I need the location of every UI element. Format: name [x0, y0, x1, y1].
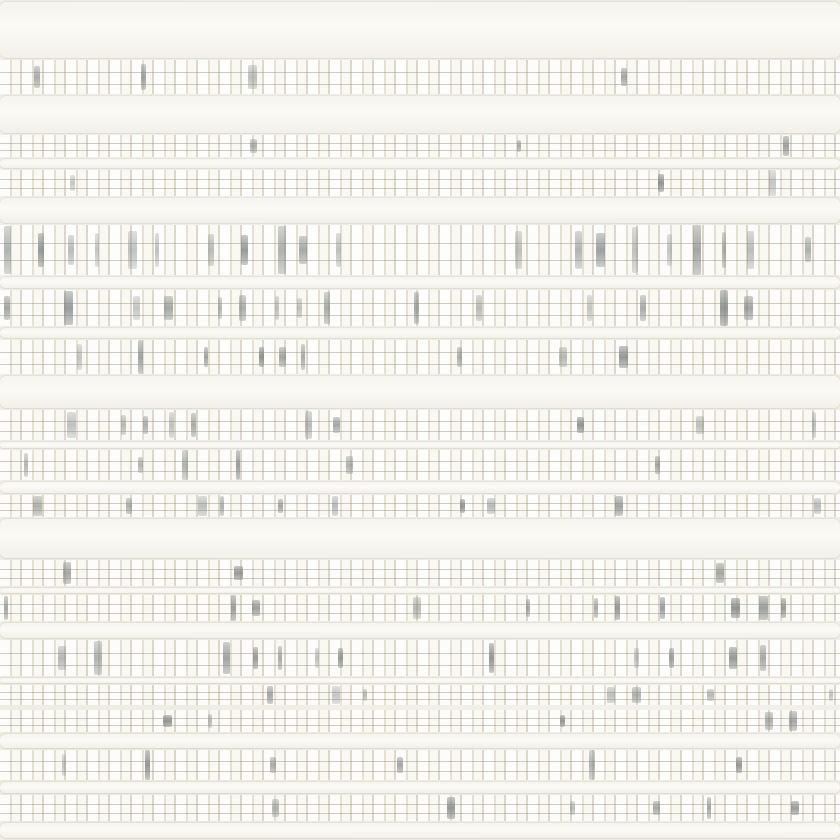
- grey-accent-stitch: [397, 757, 403, 774]
- grey-accent-stitch: [126, 498, 132, 514]
- grey-accent-stitch: [575, 231, 582, 269]
- grey-accent-stitch: [67, 412, 76, 439]
- grey-accent-stitch: [336, 233, 341, 267]
- grey-accent-stitch: [615, 596, 620, 620]
- grey-accent-stitch: [301, 344, 305, 369]
- grey-accent-stitch: [259, 347, 264, 367]
- grey-accent-stitch: [791, 801, 799, 816]
- grey-accent-stitch: [722, 232, 726, 269]
- grey-accent-stitch: [476, 295, 482, 322]
- grey-accent-stitch: [660, 597, 665, 619]
- grey-accent-stitch: [607, 687, 615, 704]
- grey-accent-stitch: [332, 686, 340, 704]
- grey-accent-stitch: [812, 412, 816, 438]
- grey-accent-stitch: [769, 170, 776, 195]
- grey-accent-stitch: [747, 231, 754, 269]
- knot-row: [0, 710, 840, 732]
- grey-accent-stitch: [765, 712, 773, 730]
- grey-accent-stitch: [248, 65, 257, 90]
- grey-accent-stitch: [95, 233, 99, 266]
- grey-accent-stitch: [332, 496, 338, 515]
- plush-band: [0, 376, 840, 408]
- grey-accent-stitch: [94, 641, 102, 676]
- plush-band: [0, 678, 840, 683]
- plush-band: [0, 198, 840, 223]
- knot-row: [0, 170, 840, 196]
- grey-accent-stitch: [58, 646, 66, 671]
- plush-band: [0, 442, 840, 448]
- grey-accent-stitch: [805, 237, 811, 262]
- grey-accent-stitch: [208, 234, 214, 266]
- plush-band: [0, 159, 840, 168]
- grey-accent-stitch: [138, 340, 143, 373]
- grey-accent-stitch: [198, 496, 207, 516]
- grey-accent-stitch: [208, 714, 212, 727]
- grey-accent-stitch: [68, 235, 74, 264]
- grey-accent-stitch: [487, 498, 495, 514]
- grey-accent-stitch: [324, 292, 330, 325]
- grey-accent-stitch: [241, 235, 248, 266]
- grey-accent-stitch: [447, 797, 455, 819]
- woven-rug-texture: [0, 0, 840, 840]
- grey-accent-stitch: [121, 415, 126, 435]
- grey-accent-stitch: [145, 750, 150, 780]
- grey-accent-stitch: [615, 496, 623, 517]
- grey-accent-stitch: [414, 292, 419, 324]
- grey-accent-stitch: [781, 598, 786, 618]
- grey-accent-stitch: [720, 290, 728, 325]
- plush-band: [0, 2, 840, 58]
- grey-accent-stitch: [587, 295, 592, 320]
- grey-accent-stitch: [315, 648, 319, 668]
- grey-accent-stitch: [814, 498, 821, 514]
- grey-accent-stitch: [62, 754, 66, 776]
- grey-accent-stitch: [526, 599, 530, 617]
- plush-band: [0, 734, 840, 748]
- grey-accent-stitch: [789, 711, 797, 731]
- grey-accent-stitch: [669, 648, 674, 668]
- grey-accent-stitch: [70, 175, 75, 190]
- grey-accent-stitch: [632, 687, 641, 703]
- grey-accent-stitch: [234, 566, 243, 580]
- grey-accent-stitch: [333, 417, 340, 434]
- plush-band: [0, 96, 840, 133]
- grey-accent-stitch: [634, 648, 639, 668]
- grey-accent-stitch: [4, 596, 8, 621]
- grey-accent-stitch: [693, 225, 701, 274]
- grey-accent-stitch: [632, 227, 638, 274]
- grey-accent-stitch: [278, 646, 282, 670]
- grey-accent-stitch: [267, 686, 273, 704]
- plush-band: [0, 782, 840, 793]
- grey-accent-stitch: [64, 291, 73, 324]
- knot-row: [0, 290, 840, 326]
- plush-band: [0, 823, 840, 838]
- knot-row: [0, 410, 840, 440]
- grey-accent-stitch: [338, 648, 343, 667]
- knot-row: [0, 135, 840, 157]
- knot-row: [0, 750, 840, 780]
- grey-accent-stitch: [621, 68, 627, 86]
- grey-accent-stitch: [133, 296, 140, 320]
- grey-accent-stitch: [252, 600, 260, 615]
- grey-accent-stitch: [363, 689, 367, 701]
- grey-accent-stitch: [220, 496, 224, 516]
- grey-accent-stitch: [278, 499, 283, 513]
- grey-accent-stitch: [191, 413, 196, 437]
- grey-accent-stitch: [24, 453, 28, 477]
- grey-accent-stitch: [696, 416, 704, 434]
- grey-accent-stitch: [279, 347, 286, 368]
- grey-accent-stitch: [729, 647, 737, 668]
- grey-accent-stitch: [655, 456, 660, 473]
- grey-accent-stitch: [707, 689, 714, 702]
- grey-accent-stitch: [619, 346, 628, 368]
- grey-accent-stitch: [128, 231, 137, 270]
- grey-accent-stitch: [707, 797, 711, 819]
- knot-row: [0, 795, 840, 821]
- grey-accent-stitch: [297, 298, 302, 318]
- grey-accent-stitch: [164, 296, 173, 319]
- grey-accent-stitch: [413, 597, 421, 620]
- grey-accent-stitch: [299, 236, 307, 264]
- grey-accent-stitch: [560, 715, 565, 726]
- grey-accent-stitch: [33, 496, 42, 516]
- grey-accent-stitch: [667, 234, 672, 265]
- grey-accent-stitch: [489, 643, 494, 673]
- grey-accent-stitch: [640, 295, 646, 322]
- grey-accent-stitch: [239, 295, 246, 322]
- grey-accent-stitch: [517, 140, 521, 152]
- grey-accent-stitch: [653, 801, 660, 816]
- grey-accent-stitch: [760, 645, 766, 672]
- grey-accent-stitch: [829, 689, 833, 701]
- grey-accent-stitch: [155, 233, 159, 268]
- plush-band: [0, 588, 840, 593]
- grey-accent-stitch: [270, 757, 276, 773]
- grey-accent-stitch: [4, 296, 10, 319]
- grey-accent-stitch: [589, 750, 595, 780]
- knot-row: [0, 225, 840, 275]
- knot-row: [0, 340, 840, 374]
- grey-accent-stitch: [4, 226, 11, 274]
- knot-row: [0, 685, 840, 705]
- grey-accent-stitch: [63, 562, 71, 583]
- grey-accent-stitch: [736, 757, 742, 774]
- grey-accent-stitch: [716, 563, 724, 584]
- grey-accent-stitch: [141, 64, 146, 89]
- grey-accent-stitch: [759, 596, 768, 620]
- grey-accent-stitch: [278, 226, 286, 275]
- grey-accent-stitch: [272, 799, 279, 818]
- grey-accent-stitch: [143, 416, 148, 434]
- grey-accent-stitch: [169, 412, 174, 437]
- grey-accent-stitch: [218, 297, 222, 319]
- knot-row: [0, 450, 840, 480]
- grey-accent-stitch: [236, 450, 240, 480]
- grey-accent-stitch: [596, 233, 605, 267]
- grey-accent-stitch: [658, 174, 664, 192]
- plush-band: [0, 328, 840, 338]
- grey-accent-stitch: [163, 715, 172, 727]
- grey-accent-stitch: [783, 136, 789, 155]
- grey-accent-stitch: [253, 647, 258, 670]
- grey-accent-stitch: [346, 456, 353, 474]
- grey-accent-stitch: [515, 231, 522, 270]
- grey-accent-stitch: [275, 296, 279, 320]
- grey-accent-stitch: [250, 139, 257, 154]
- plush-band: [0, 277, 840, 288]
- grey-accent-stitch: [744, 296, 753, 321]
- grey-accent-stitch: [77, 344, 82, 370]
- grey-accent-stitch: [570, 801, 575, 816]
- knot-row: [0, 560, 840, 586]
- grey-accent-stitch: [594, 598, 598, 617]
- grey-accent-stitch: [559, 347, 567, 367]
- grey-accent-stitch: [577, 417, 584, 433]
- knot-row: [0, 640, 840, 676]
- grey-accent-stitch: [305, 411, 312, 440]
- grey-accent-stitch: [34, 66, 40, 87]
- grey-accent-stitch: [223, 642, 230, 675]
- grey-accent-stitch: [460, 499, 465, 512]
- grey-accent-stitch: [731, 598, 740, 617]
- plush-band: [0, 482, 840, 493]
- knot-row: [0, 60, 840, 94]
- grey-accent-stitch: [231, 595, 236, 620]
- grey-accent-stitch: [457, 347, 462, 366]
- grey-accent-stitch: [204, 347, 208, 366]
- grey-accent-stitch: [138, 457, 143, 474]
- plush-band: [0, 519, 840, 558]
- grey-accent-stitch: [182, 450, 188, 479]
- grey-accent-stitch: [38, 233, 44, 267]
- plush-band: [0, 623, 840, 638]
